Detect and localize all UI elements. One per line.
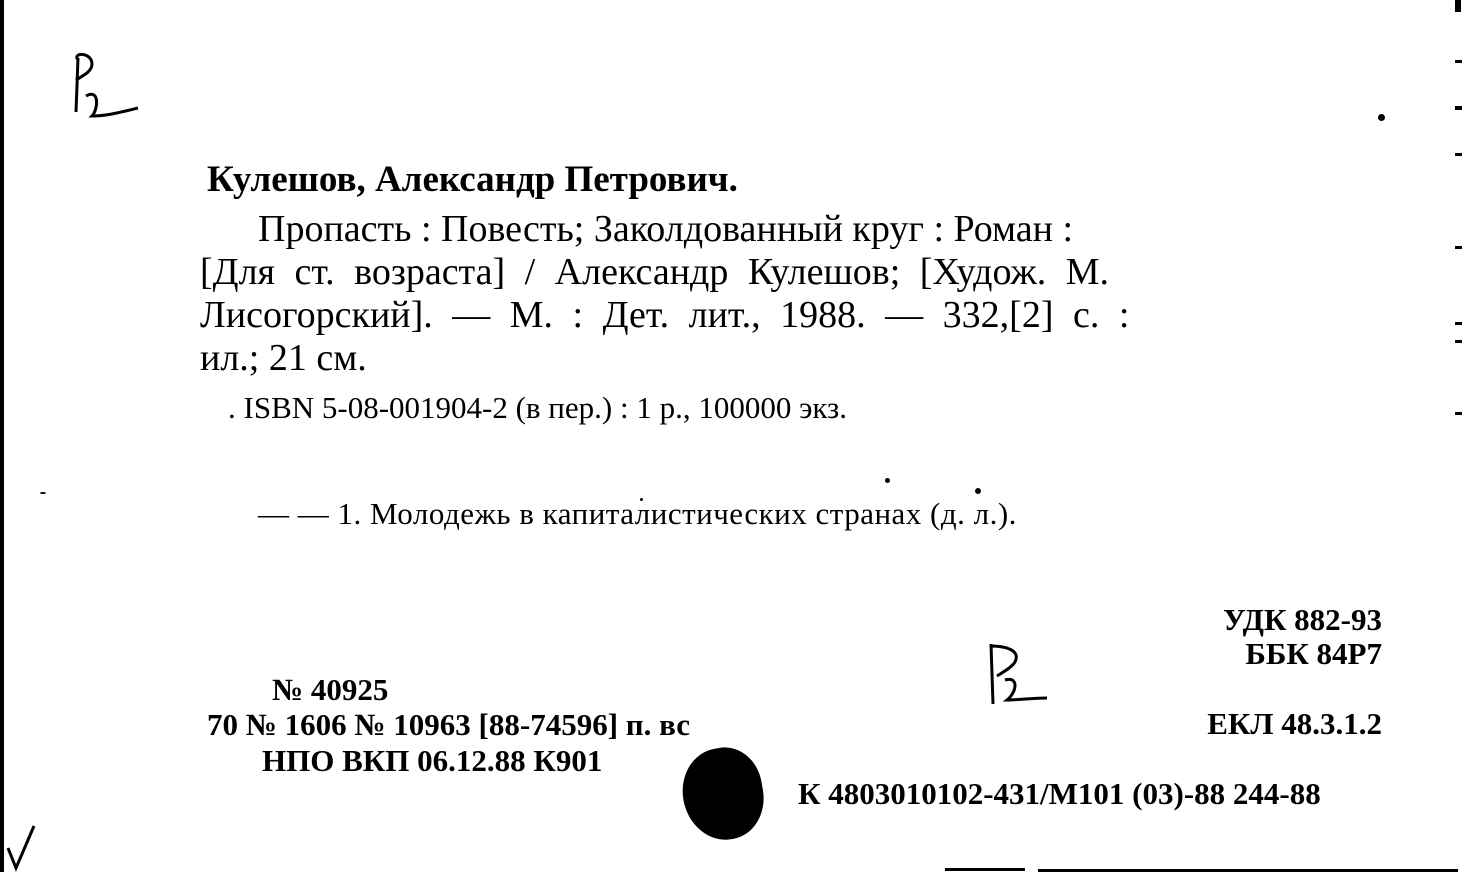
handwritten-r2-mark-bottom — [985, 640, 1055, 720]
edge-mark — [1455, 106, 1462, 110]
edge-mark — [1455, 340, 1462, 343]
title-line-2: [Для ст. возраста] / Александр Кулешов; … — [200, 250, 1109, 294]
edge-mark — [1455, 153, 1462, 156]
card-right-edge — [1455, 0, 1461, 12]
title-line-4: ил.; 21 см. — [200, 336, 367, 380]
edge-mark — [1455, 60, 1462, 63]
bottom-edge-line — [945, 868, 1025, 871]
scan-speck — [885, 478, 890, 483]
catalog-code: К 4803010102-431/М101 (03)-88 244-88 — [798, 776, 1321, 812]
isbn-line: . ISBN 5-08-001904-2 (в пер.) : 1 р., 10… — [228, 390, 847, 426]
print-order-info: 70 № 1606 № 10963 [88-74596] п. вс — [207, 707, 690, 743]
author-heading: Кулешов, Александр Петрович. — [207, 158, 738, 201]
scan-speck — [40, 492, 46, 494]
title-line-1: Пропасть : Повесть; Заколдованный круг :… — [258, 207, 1073, 251]
handwritten-checkmark — [4, 822, 44, 872]
ekl-code: ЕКЛ 48.3.1.2 — [1207, 706, 1382, 742]
scan-speck — [975, 488, 981, 494]
title-line-3: Лисогорский]. — М. : Дет. лит., 1988. — … — [200, 293, 1129, 337]
publisher-info: НПО ВКП 06.12.88 К901 — [262, 743, 602, 779]
subject-heading: — — 1. Молодежь в капиталистических стра… — [258, 496, 1017, 532]
edge-mark — [1455, 412, 1462, 415]
handwritten-r2-mark-top — [62, 50, 142, 130]
bbk-code: ББК 84Р7 — [1245, 636, 1382, 672]
card-left-border — [0, 0, 4, 872]
udk-code: УДК 882-93 — [1223, 602, 1382, 638]
scan-speck — [640, 498, 643, 501]
edge-mark — [1455, 322, 1462, 325]
scan-speck — [1378, 114, 1385, 121]
print-number: № 40925 — [272, 672, 388, 708]
ink-blot — [676, 742, 771, 846]
edge-mark — [1455, 246, 1462, 249]
